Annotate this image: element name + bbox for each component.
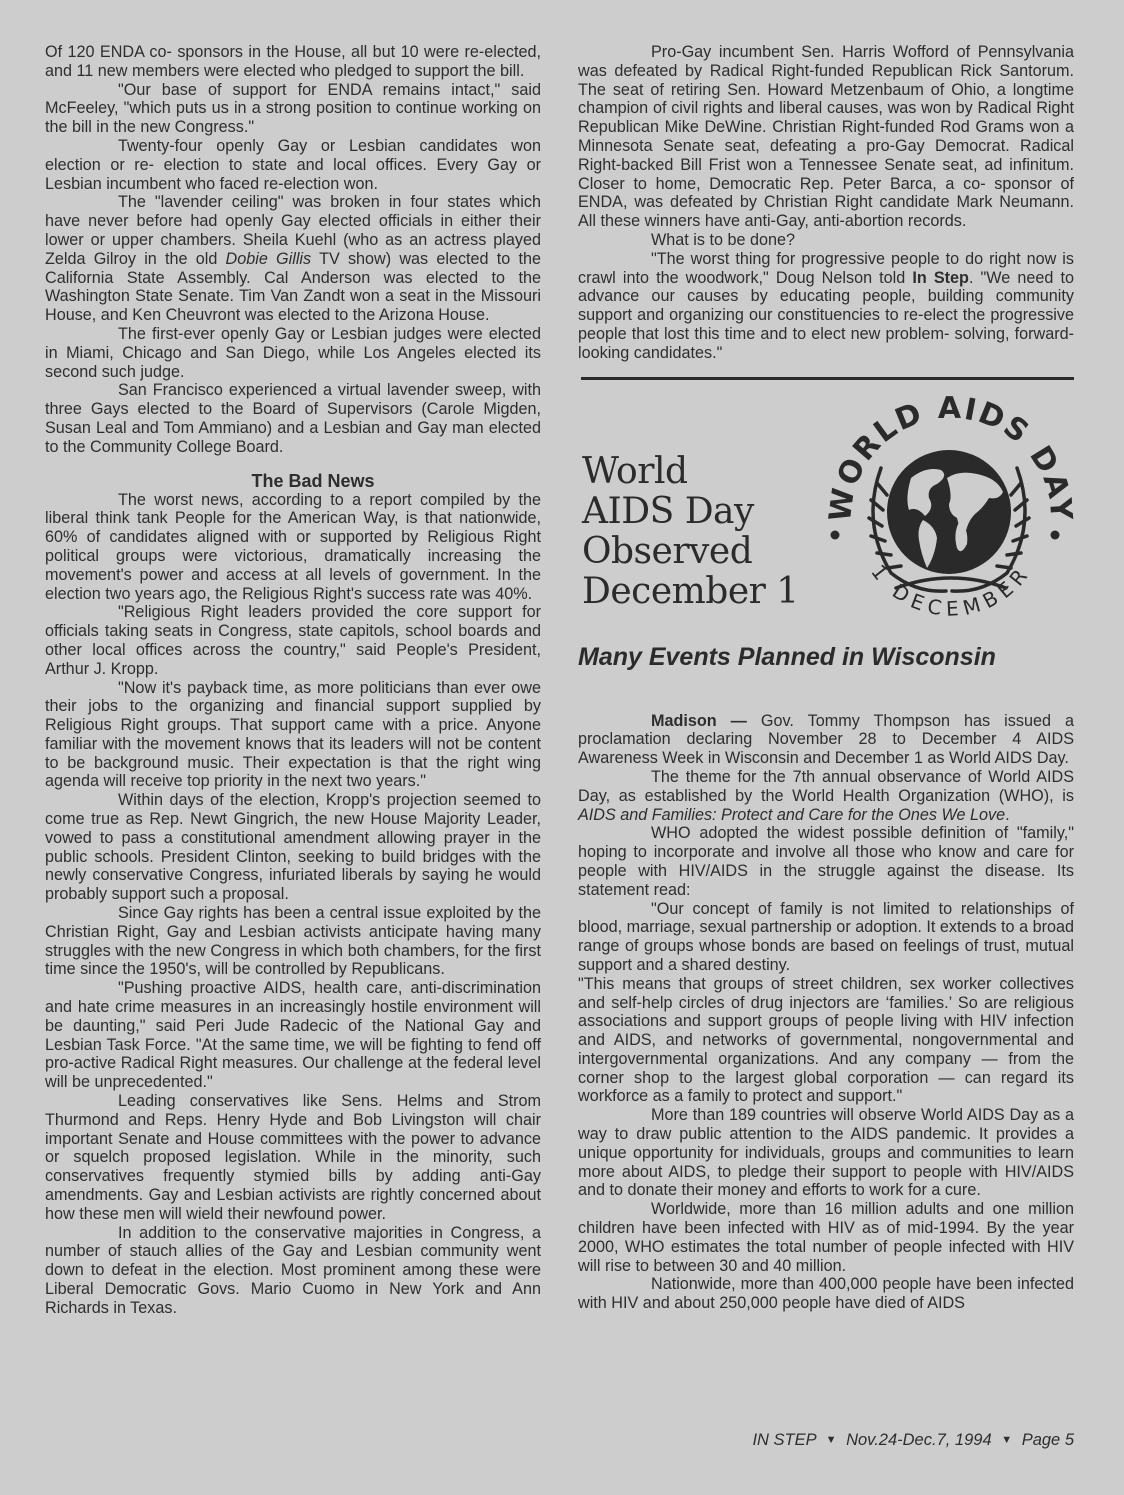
body-paragraph: What is to be done? — [578, 231, 1074, 250]
body-paragraph: Leading conservatives like Sens. Helms a… — [45, 1092, 541, 1224]
body-paragraph: San Francisco experienced a virtual lave… — [45, 381, 541, 456]
body-paragraph-theme: The theme for the 7th annual observance … — [578, 768, 1074, 824]
world-aids-day-logo-icon: WORLD AIDS DAY 1 DECEMBER — [821, 388, 1081, 638]
headline-line: World — [582, 452, 799, 492]
headline-line: Observed — [582, 532, 799, 572]
body-paragraph: Worldwide, more than 16 million adults a… — [578, 1200, 1074, 1275]
body-paragraph: The worst news, according to a report co… — [45, 491, 541, 604]
show-title: Dobie Gillis — [226, 250, 312, 268]
spacer — [578, 670, 1074, 712]
article-headline: World AIDS Day Observed December 1 — [582, 452, 799, 612]
issue-date: Nov.24-Dec.7, 1994 — [846, 1431, 992, 1449]
body-paragraph: Nationwide, more than 400,000 people hav… — [578, 1275, 1074, 1313]
body-paragraph: "Now it's payback time, as more politici… — [45, 679, 541, 792]
page-footer: IN STEP ▼ Nov.24-Dec.7, 1994 ▼ Page 5 — [752, 1431, 1074, 1450]
body-paragraph: "Religious Right leaders provided the co… — [45, 603, 541, 678]
text: The theme for the 7th annual observance … — [578, 768, 1074, 805]
body-paragraph: "Our concept of family is not limited to… — [578, 900, 1074, 975]
body-paragraph: "Pushing proactive AIDS, health care, an… — [45, 979, 541, 1092]
right-column: Pro-Gay incumbent Sen. Harris Wofford of… — [578, 43, 1074, 1313]
section-subhead: The Bad News — [45, 471, 541, 491]
body-paragraph: Of 120 ENDA co- sponsors in the House, a… — [45, 43, 541, 81]
article-subheadline: Many Events Planned in Wisconsin — [578, 644, 1074, 670]
body-paragraph: "Our base of support for ENDA remains in… — [45, 81, 541, 137]
body-paragraph: The first-ever openly Gay or Lesbian jud… — [45, 325, 541, 381]
body-paragraph: Twenty-four openly Gay or Lesbian candid… — [45, 137, 541, 193]
body-paragraph: "This means that groups of street childr… — [578, 975, 1074, 1107]
left-column: Of 120 ENDA co- sponsors in the House, a… — [45, 43, 541, 1318]
publication-name: IN STEP — [752, 1431, 816, 1449]
dateline: Madison — — [651, 712, 747, 730]
body-paragraph: Within days of the election, Kropp's pro… — [45, 791, 541, 904]
body-paragraph: More than 189 countries will observe Wor… — [578, 1106, 1074, 1200]
publication-name: In Step — [912, 269, 969, 287]
page-number: Page 5 — [1022, 1431, 1074, 1449]
aids-article-header: World AIDS Day Observed December 1 WORLD… — [578, 380, 1074, 640]
body-paragraph: In addition to the conservative majoriti… — [45, 1224, 541, 1318]
body-paragraph: WHO adopted the widest possible definiti… — [578, 824, 1074, 899]
body-paragraph-lavender: The "lavender ceiling" was broken in fou… — [45, 193, 541, 325]
body-paragraph: Since Gay rights has been a central issu… — [45, 904, 541, 979]
body-paragraph-nelson: "The worst thing for progressive people … — [578, 250, 1074, 363]
triangle-separator-icon: ▼ — [996, 1434, 1017, 1446]
headline-line: December 1 — [582, 572, 799, 612]
body-paragraph: Pro-Gay incumbent Sen. Harris Wofford of… — [578, 43, 1074, 231]
headline-line: AIDS Day — [582, 492, 799, 532]
lead-paragraph: Madison — Gov. Tommy Thompson has issued… — [578, 712, 1074, 768]
text: . — [1005, 806, 1010, 824]
triangle-separator-icon: ▼ — [821, 1434, 842, 1446]
theme-title: AIDS and Families: Protect and Care for … — [578, 806, 1005, 824]
